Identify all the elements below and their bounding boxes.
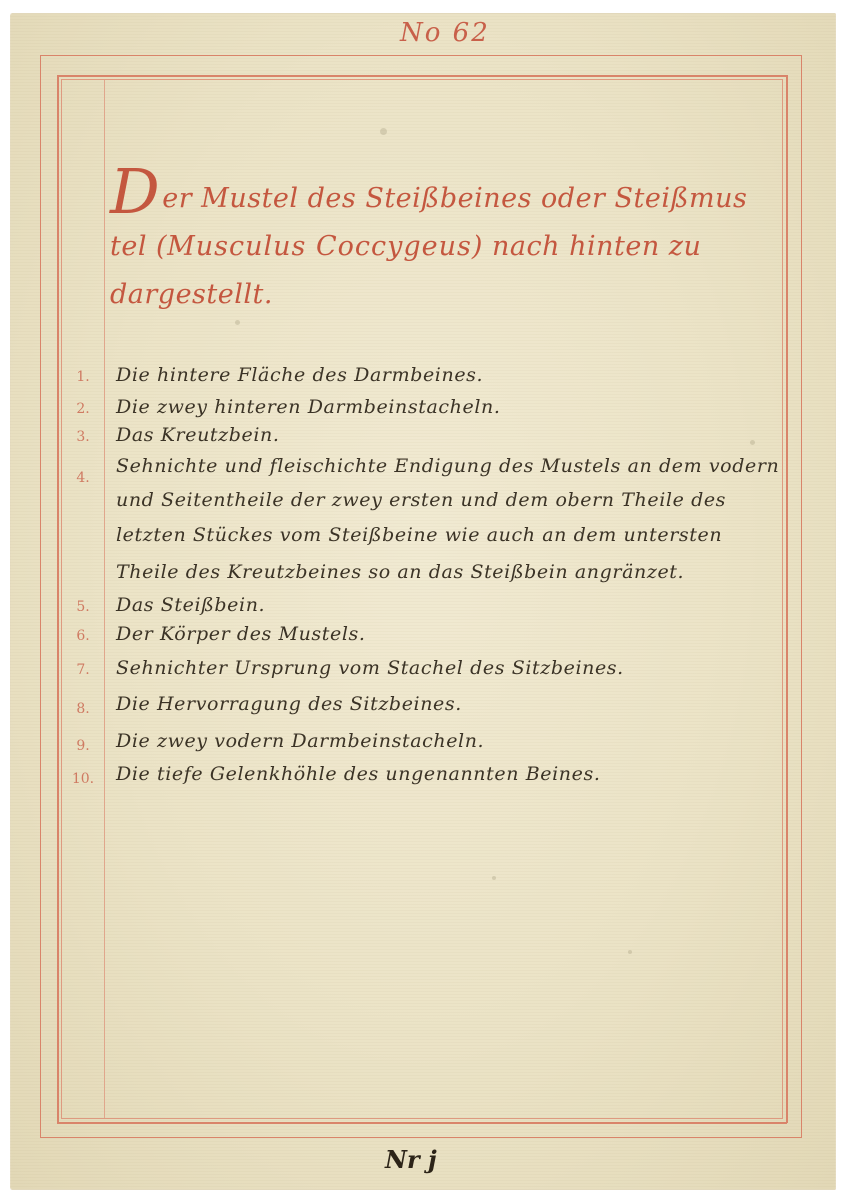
inner-border-right xyxy=(786,75,788,1123)
paper-stain xyxy=(380,128,387,135)
inner-border-left xyxy=(57,75,59,1123)
entry-text: Die tiefe Gelenkhöhle des ungenannten Be… xyxy=(116,763,786,785)
title-initial: D xyxy=(110,155,160,228)
inner-border-bottom xyxy=(57,1122,787,1124)
outer-border-top xyxy=(40,55,802,56)
entry-text: und Seitentheile der zwey ersten und dem… xyxy=(116,489,786,511)
outer-border-bottom xyxy=(40,1137,802,1138)
entry-number: 3. xyxy=(68,429,98,445)
entry-text: Der Körper des Mustels. xyxy=(116,623,786,645)
paper-stain xyxy=(235,320,240,325)
paper-stain xyxy=(492,876,496,880)
entry-number: 1. xyxy=(68,369,98,385)
entry-number: 10. xyxy=(68,771,98,787)
page-title: Der Mustel des Steißbeines oder Steißmus… xyxy=(110,172,780,319)
title-line-2-start: tel ( xyxy=(110,231,167,262)
entry-text: Sehnichter Ursprung vom Stachel des Sitz… xyxy=(116,657,786,679)
inner-border-bottom-2 xyxy=(61,1118,783,1119)
entry-number: 7. xyxy=(68,662,98,678)
entry-number: 9. xyxy=(68,738,98,754)
entry-text: Die Hervorragung des Sitzbeines. xyxy=(116,693,786,715)
folio-number: No 62 xyxy=(400,18,540,48)
paper-stain xyxy=(628,950,632,954)
entry-text: Sehnichte und fleischichte Endigung des … xyxy=(116,455,786,477)
entry-text: Das Kreutzbein. xyxy=(116,424,786,446)
title-line-1: Der Mustel des Steißbeines oder Steißmus xyxy=(110,172,780,223)
entry-text: Die zwey vodern Darmbeinstacheln. xyxy=(116,730,786,752)
latin-term: Musculus Coccygeus xyxy=(167,231,472,262)
title-line-2: tel (Musculus Coccygeus) nach hinten zu … xyxy=(110,223,780,319)
outer-border-right xyxy=(801,55,802,1138)
entry-text: Die zwey hinteren Darmbeinstacheln. xyxy=(116,396,786,418)
entry-text: Die hintere Fläche des Darmbeines. xyxy=(116,364,786,386)
entry-number: 2. xyxy=(68,401,98,417)
entry-text: Theile des Kreutzbeines so an das Steißb… xyxy=(116,561,786,583)
entry-text: letzten Stückes vom Steißbeine wie auch … xyxy=(116,524,786,546)
title-line-1-text: er Mustel des Steißbeines oder Steißmus xyxy=(162,183,747,214)
entry-number: 8. xyxy=(68,701,98,717)
entry-number: 6. xyxy=(68,628,98,644)
inner-border-top xyxy=(57,75,787,77)
entry-number: 4. xyxy=(68,470,98,486)
outer-border-left xyxy=(40,55,41,1138)
signature-mark: Nr j xyxy=(385,1145,437,1174)
inner-border-left-2 xyxy=(61,79,62,1119)
entry-number: 5. xyxy=(68,599,98,615)
entry-text: Das Steißbein. xyxy=(116,594,786,616)
inner-border-top-2 xyxy=(61,79,783,80)
number-margin-line xyxy=(104,80,105,1118)
